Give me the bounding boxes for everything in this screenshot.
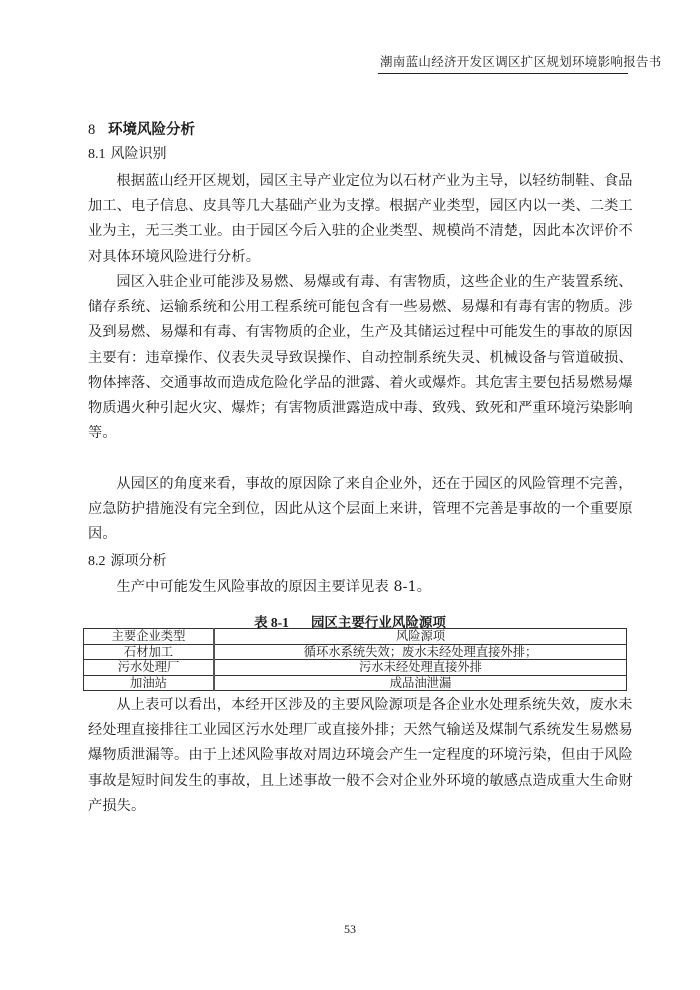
paragraph-management: 从园区的角度来看，事故的原因除了来自企业外，还在于园区的风险管理不完善， 应急防… [88, 472, 628, 548]
text-line: 根据蓝山经开区规划，园区主导产业定位为以石材产业为主导，以轻纺制鞋、食品 [88, 169, 628, 194]
text-line: 储存系统、运输系统和公用工程系统可能包含有一些易燃、易爆和有毒有害的物质。涉 [88, 295, 628, 320]
cell-risk-source: 污水未经处理直接外排 [214, 660, 627, 676]
paragraph-hazard-sources: 园区入驻企业可能涉及易燃、易爆或有毒、有害物质，这些企业的生产装置系统、 储存系… [88, 270, 628, 446]
cell-risk-source: 成品油泄漏 [214, 675, 627, 691]
cell-enterprise-type: 污水处理厂 [84, 660, 215, 676]
page-number: 53 [0, 922, 700, 937]
subsection-number: 8.2 [88, 554, 106, 569]
text-line: 产损失。 [88, 794, 628, 819]
subsection-number: 8.1 [88, 147, 106, 162]
text-line: 物体摔落、交通事故而造成危险化学品的泄露、着火或爆炸。其危害主要包括易燃易爆 [88, 371, 628, 396]
section-title: 环境风险分析 [108, 121, 195, 138]
paragraph-table-conclusion: 从上表可以看出，本经开区涉及的主要风险源项是各企业水处理系统失效，废水未 经处理… [88, 693, 628, 819]
paragraph-table-reference: 生产中可能发生风险事故的原因主要详见表 8-1。 [88, 575, 628, 600]
text-line: 主要有：违章操作、仪表失灵导致误操作、自动控制系统失灵、机械设备与管道破损、 [88, 346, 628, 371]
cell-enterprise-type: 加油站 [84, 675, 215, 691]
text-line: 事故是短时间发生的事故，且上述事故一般不会对企业外环境的敏感点造成重大生命财 [88, 769, 628, 794]
table-row: 加油站 成品油泄漏 [84, 675, 627, 691]
column-header-enterprise-type: 主要企业类型 [84, 629, 215, 645]
text-line: 等。 [88, 421, 628, 446]
text-line: 爆物质泄漏等。由于上述风险事故对周边环境会产生一定程度的环境污染，但由于风险 [88, 743, 628, 768]
subsection-title: 源项分析 [111, 553, 167, 569]
text-line: 园区入驻企业可能涉及易燃、易爆或有毒、有害物质，这些企业的生产装置系统、 [88, 270, 628, 295]
column-header-risk-source: 风险源项 [214, 629, 627, 645]
section-number: 8 [88, 122, 108, 139]
cell-risk-source: 循环水系统失效；废水未经处理直接外排； [214, 644, 627, 660]
text-line: 对具体环境风险进行分析。 [88, 245, 628, 270]
text-line: 经处理直接排往工业园区污水处理厂或直接外排；天然气输送及煤制气系统发生易燃易 [88, 718, 628, 743]
text-line: 因。 [88, 522, 628, 547]
text-line: 物质遇火种引起火灾、爆炸；有害物质泄露造成中毒、致残、致死和严重环境污染影响 [88, 396, 628, 421]
subsection-heading-8-2: 8.2源项分析 [88, 550, 167, 570]
paragraph-industry-positioning: 根据蓝山经开区规划，园区主导产业定位为以石材产业为主导，以轻纺制鞋、食品 加工、… [88, 169, 628, 270]
header-rule [378, 73, 628, 74]
table-row: 石材加工 循环水系统失效；废水未经处理直接外排； [84, 644, 627, 660]
text-line: 业为主，无三类工业。由于园区今后入驻的企业类型、规模尚不清楚，因此本次评价不 [88, 219, 628, 244]
text-line: 加工、电子信息、皮具等几大基础产业为支撑。根据产业类型，园区内以一类、二类工 [88, 194, 628, 219]
text-line: 及到易燃、易爆和有毒、有害物质的企业，生产及其储运过程中可能发生的事故的原因 [88, 320, 628, 345]
subsection-heading-8-1: 8.1风险识别 [88, 143, 167, 163]
table-header-row: 主要企业类型 风险源项 [84, 629, 627, 645]
text-line: 生产中可能发生风险事故的原因主要详见表 8-1。 [88, 575, 628, 600]
section-heading: 8环境风险分析 [88, 118, 195, 139]
running-header: 潮南蓝山经济开发区调区扩区规划环境影响报告书 [380, 52, 626, 70]
subsection-title: 风险识别 [111, 146, 167, 162]
text-line: 应急防护措施没有完全到位，因此从这个层面上来讲，管理不完善是事故的一个重要原 [88, 497, 628, 522]
table-row: 污水处理厂 污水未经处理直接外排 [84, 660, 627, 676]
cell-enterprise-type: 石材加工 [84, 644, 215, 660]
risk-source-table: 主要企业类型 风险源项 石材加工 循环水系统失效；废水未经处理直接外排； 污水处… [83, 628, 627, 691]
text-line: 从园区的角度来看，事故的原因除了来自企业外，还在于园区的风险管理不完善， [88, 472, 628, 497]
text-line: 从上表可以看出，本经开区涉及的主要风险源项是各企业水处理系统失效，废水未 [88, 693, 628, 718]
